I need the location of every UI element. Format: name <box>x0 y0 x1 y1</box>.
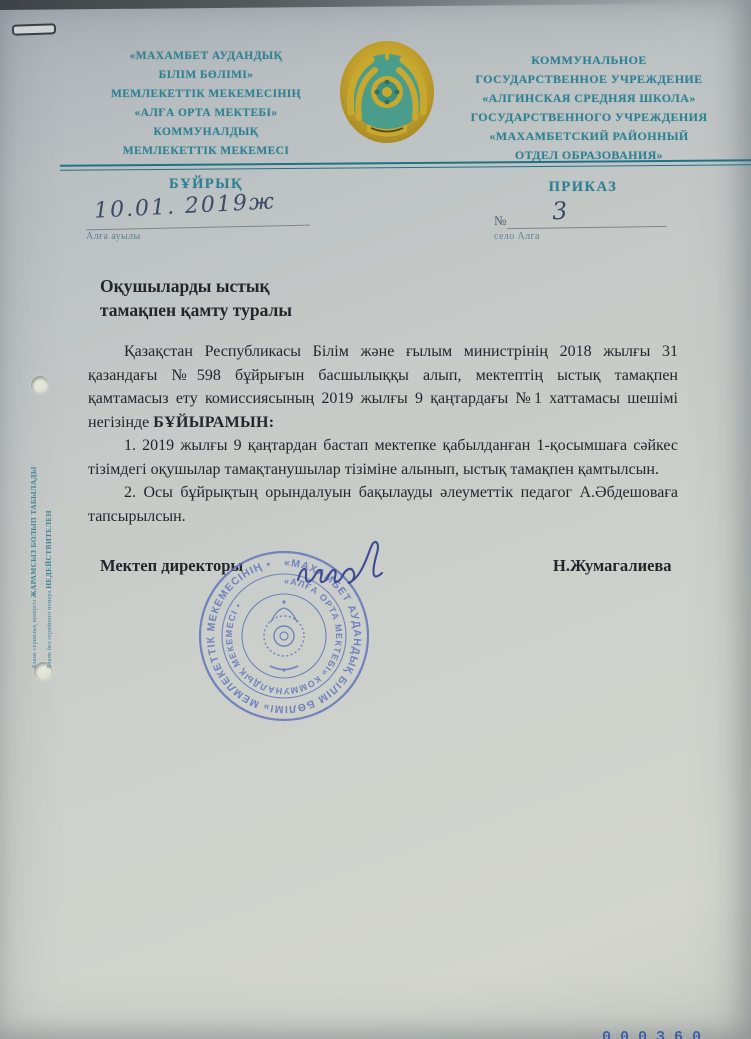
kazakhstan-coat-of-arms-icon <box>337 38 437 152</box>
scan-edge-shadow <box>0 0 751 10</box>
order-title-russian: ПРИКАЗ <box>438 179 728 196</box>
order-item-1: 1. 2019 жылғы 9 қаңтардан бастап мектепк… <box>88 434 678 481</box>
document-body: Қазақстан Республикасы Білім және ғылым … <box>88 340 678 528</box>
serial-validity-note-russian: Бланк без серийного номера НЕДЕЙСТВИТЕЛЕ… <box>41 430 56 668</box>
serial-validity-note-kazakh: Бланк сериялық нөмірсіз ЖАРАМСЫЗ БОЛЫП Т… <box>26 430 41 668</box>
order-title-kazakh: БҰЙРЫҚ <box>70 176 342 193</box>
handwritten-signature-icon <box>292 538 404 600</box>
signature-name: Н.Жумагалиева <box>553 556 672 576</box>
hole-punch-top <box>31 376 49 394</box>
date-underline <box>86 225 310 231</box>
order-number-label: № <box>494 213 506 229</box>
org-name-russian: КОММУНАЛЬНОЕ ГОСУДАРСТВЕННОЕ УЧРЕЖДЕНИЕ … <box>438 51 740 165</box>
handwritten-date: 10.01. 2019ж <box>93 189 276 223</box>
order-item-2: 2. Осы бұйрықтың орындалуын бақылауды әл… <box>88 481 678 528</box>
resolve-word: БҰЙЫРАМЫН: <box>153 414 274 431</box>
staple-mark <box>12 23 56 36</box>
scanned-order-document: { "colors": { "header_teal": "#2e8093", … <box>0 0 751 1039</box>
document-subject: Оқушыларды ыстық тамақпен қамту туралы <box>100 274 440 322</box>
place-label-kazakh: Алға ауылы <box>86 231 141 242</box>
place-label-russian: село Алга <box>494 231 540 242</box>
number-underline <box>507 226 667 229</box>
org-name-kazakh: «МАХАМБЕТ АУДАНДЫҚ БІЛІМ БӨЛІМІ» МЕМЛЕКЕ… <box>70 47 342 161</box>
serial-validity-note: Бланк сериялық нөмірсіз ЖАРАМСЫЗ БОЛЫП Т… <box>26 430 56 668</box>
handwritten-order-number: 3 <box>551 197 568 226</box>
blank-serial-number: 000360 <box>602 1029 751 1039</box>
preamble-paragraph: Қазақстан Республикасы Білім және ғылым … <box>88 340 678 434</box>
